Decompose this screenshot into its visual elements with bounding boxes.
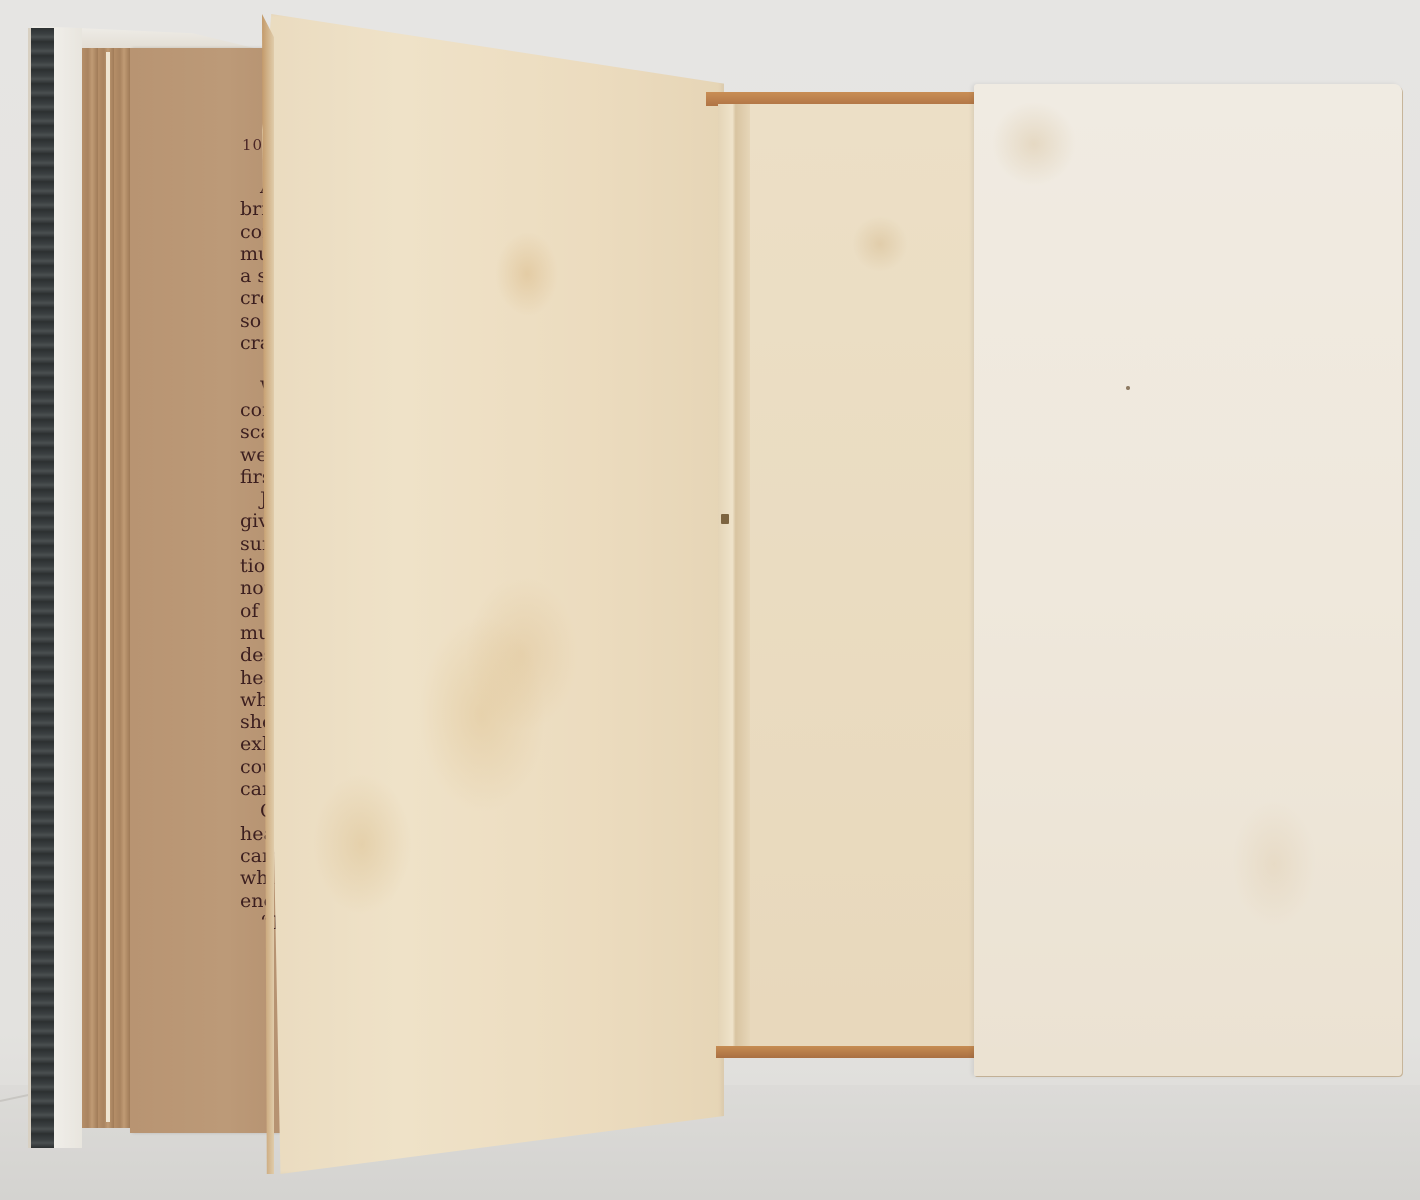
- page-edge-highlight: [106, 52, 110, 1122]
- board-cloth-bottom: [716, 1046, 986, 1058]
- spine-hinge: [54, 28, 82, 1148]
- book-spine: [28, 28, 57, 1148]
- blank-flyleaf: [262, 14, 724, 1174]
- inside-board-pastedown: [750, 104, 986, 1048]
- book-photo-scene: 10 Abriconmua screso tcraWconscawefirstJ…: [0, 0, 1420, 1200]
- dust-jacket-flap: [974, 84, 1402, 1076]
- book-gutter: [718, 104, 750, 1048]
- flap-speck: [1126, 386, 1130, 390]
- page-number: 10: [242, 136, 263, 154]
- gutter-stain: [721, 514, 729, 524]
